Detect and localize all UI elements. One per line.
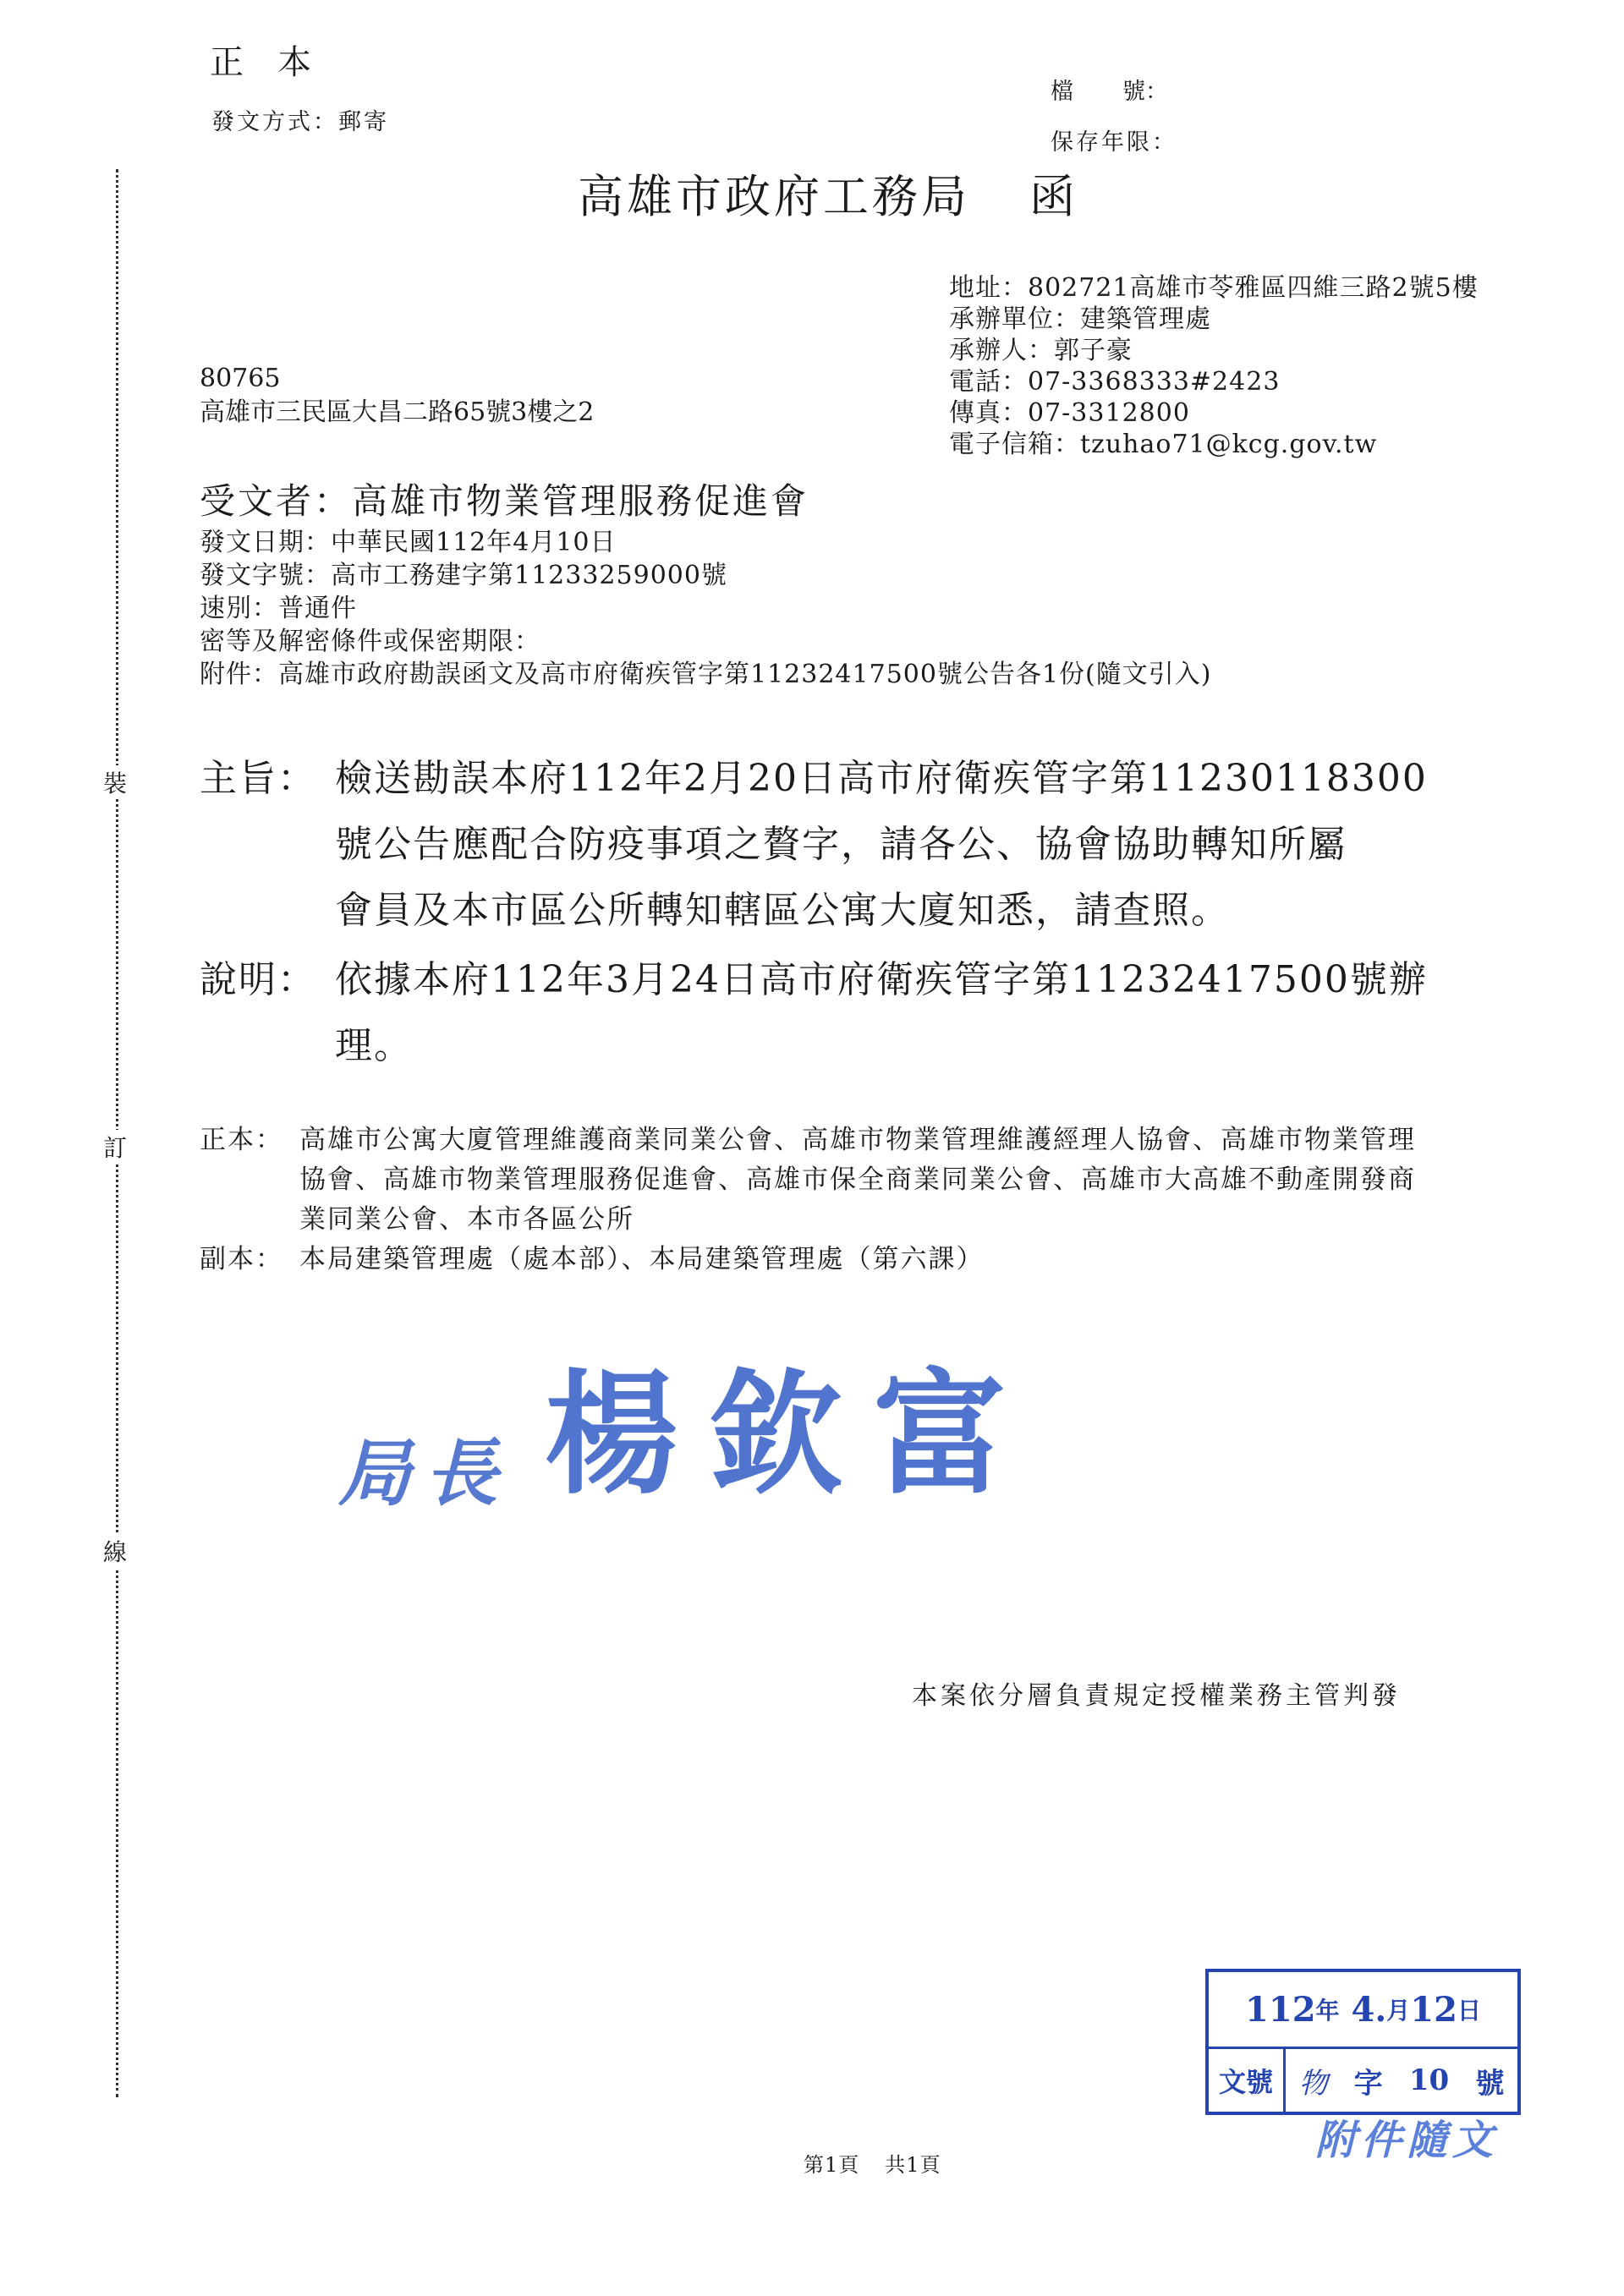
document-number: 發文字號：高市工務建字第11233259000號 <box>200 559 1211 592</box>
recipient: 受文者：高雄市物業管理服務促進會 <box>200 474 809 524</box>
stamp-doc-no-label: 文號 <box>1209 2049 1286 2112</box>
recipient-postal-code: 80765 <box>200 362 594 396</box>
page-number: 第1頁共1頁 <box>804 2148 941 2178</box>
file-number-label-2: 號： <box>1122 79 1168 105</box>
stamp-month: 4. <box>1351 1990 1386 2030</box>
sender-email: 電子信箱：tzuhao71@kcg.gov.tw <box>949 429 1479 460</box>
stamp-year: 112 <box>1245 1990 1316 2030</box>
binding-mark-ding: 訂 <box>103 1130 127 1164</box>
stamp-handwritten-word: 物 <box>1299 2060 1328 2101</box>
agency-name: 高雄市政府工務局 <box>578 170 970 223</box>
stamp-word-unit: 字 <box>1354 2060 1383 2101</box>
document-title: 高雄市政府工務局函 <box>578 161 1078 226</box>
distribution-section: 正本： 高雄市公寓大廈管理維護商業同業公會、高雄市物業管理維護經理人協會、高雄市… <box>200 1121 1424 1280</box>
sender-phone: 電話：07-3368333#2423 <box>949 366 1479 397</box>
attachment-stamp: 附件隨文 <box>1315 2107 1498 2166</box>
binding-mark-zhuang: 裝 <box>103 765 127 799</box>
copy-recipients: 本局建築管理處（處本部）、本局建築管理處（第六課） <box>299 1240 1424 1280</box>
original-recipients-label: 正本： <box>200 1121 299 1240</box>
original-recipients: 高雄市公寓大廈管理維護商業同業公會、高雄市物業管理維護經理人協會、高雄市物業管理… <box>299 1121 1424 1240</box>
subject-label: 主旨： <box>200 746 335 812</box>
stamp-number-unit: 號 <box>1475 2060 1504 2101</box>
explanation-line-2: 理。 <box>200 1013 1428 1079</box>
stamp-date-row: 112年 4.月 12日 <box>1209 1972 1517 2049</box>
retention-period-field: 保存年限： <box>1051 123 1177 156</box>
attachments: 附件：高雄市政府勘誤函文及高市府衛疾管字第11232417500號公告各1份(隨… <box>200 658 1211 691</box>
explanation-line-1: 依據本府112年3月24日高市府衛疾管字第11232417500號辦 <box>335 947 1428 1013</box>
director-signature-seal: 局長楊欽富 <box>338 1328 1037 1520</box>
stamp-month-unit: 月 <box>1386 1992 1410 2026</box>
document-type: 函 <box>1029 170 1078 223</box>
current-page: 第1頁 <box>804 2153 859 2177</box>
explanation-section: 說明： 依據本府112年3月24日高市府衛疾管字第11232417500號辦 理… <box>200 947 1428 1079</box>
speed-class: 速別：普通件 <box>200 592 1211 625</box>
handling-unit: 承辦單位：建築管理處 <box>949 304 1479 335</box>
copy-type-label: 正本 <box>210 36 345 84</box>
receipt-stamp: 112年 4.月 12日 文號 物 字 10 號 <box>1205 1969 1521 2115</box>
subject-line-2: 號公告應配合防疫事項之贅字，請各公、協會協助轉知所屬 <box>200 812 1428 878</box>
signature-title: 局長 <box>338 1415 511 1520</box>
copy-recipients-label: 副本： <box>200 1240 299 1280</box>
stamp-year-unit: 年 <box>1316 1992 1340 2026</box>
sender-address: 地址：802721高雄市苓雅區四維三路2號5樓 <box>949 272 1479 304</box>
stamp-number-row: 文號 物 字 10 號 <box>1209 2049 1517 2112</box>
signature-name: 楊欽富 <box>545 1328 1037 1520</box>
document-meta: 發文日期：中華民國112年4月10日 發文字號：高市工務建字第112332590… <box>200 526 1211 691</box>
file-number-label: 檔 <box>1051 79 1122 105</box>
handling-officer: 承辦人：郭子豪 <box>949 335 1479 366</box>
total-pages: 共1頁 <box>885 2153 941 2177</box>
explanation-label: 說明： <box>200 947 335 1013</box>
send-method: 發文方式：郵寄 <box>211 103 389 136</box>
sender-info-block: 地址：802721高雄市苓雅區四維三路2號5樓 承辦單位：建築管理處 承辦人：郭… <box>949 272 1479 460</box>
recipient-address: 高雄市三民區大昌二路65號3樓之2 <box>200 396 594 430</box>
binding-mark-xian: 線 <box>103 1534 127 1568</box>
stamp-day: 12 <box>1410 1990 1457 2030</box>
issue-date: 發文日期：中華民國112年4月10日 <box>200 526 1211 559</box>
subject-line-3: 會員及本市區公所轉知轄區公寓大廈知悉，請查照。 <box>200 878 1428 944</box>
stamp-number: 10 <box>1409 2063 1449 2097</box>
subject-line-1: 檢送勘誤本府112年2月20日高市府衛疾管字第11230118300 <box>335 746 1428 812</box>
sender-fax: 傳真：07-3312800 <box>949 397 1479 429</box>
subject-section: 主旨： 檢送勘誤本府112年2月20日高市府衛疾管字第11230118300 號… <box>200 746 1428 944</box>
delegation-note: 本案依分層負責規定授權業務主管判發 <box>912 1674 1401 1712</box>
recipient-address-block: 80765 高雄市三民區大昌二路65號3樓之2 <box>200 362 594 430</box>
secrecy-level: 密等及解密條件或保密期限： <box>200 625 1211 658</box>
stamp-day-unit: 日 <box>1457 1992 1481 2026</box>
file-number-field: 檔號： <box>1051 73 1168 106</box>
